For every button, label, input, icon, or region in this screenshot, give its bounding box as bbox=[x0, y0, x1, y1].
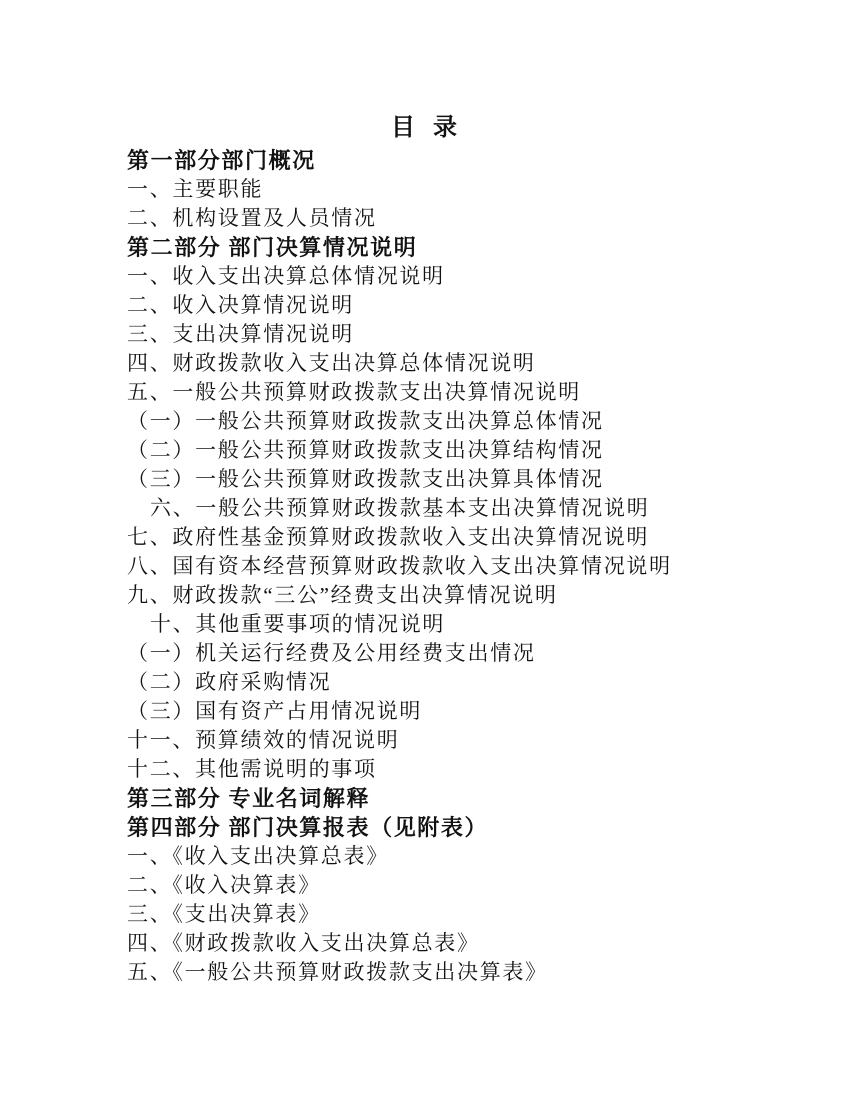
toc-section-heading: 第一部分部门概况 bbox=[127, 146, 790, 175]
toc-entry: 五、《一般公共预算财政拨款支出决算表》 bbox=[127, 958, 790, 987]
table-of-contents: 第一部分部门概况 一、主要职能 二、机构设置及人员情况 第二部分 部门决算情况说… bbox=[0, 146, 850, 987]
toc-entry: 一、收入支出决算总体情况说明 bbox=[127, 262, 790, 291]
toc-entry: 四、《财政拨款收入支出决算总表》 bbox=[127, 929, 790, 958]
toc-entry: 十一、预算绩效的情况说明 bbox=[127, 726, 790, 755]
toc-entry: 一、《收入支出决算总表》 bbox=[127, 842, 790, 871]
toc-entry: （三）国有资产占用情况说明 bbox=[127, 697, 790, 726]
toc-entry: 八、国有资本经营预算财政拨款收入支出决算情况说明 bbox=[127, 552, 790, 581]
toc-entry: 三、《支出决算表》 bbox=[127, 900, 790, 929]
toc-section-heading: 第三部分 专业名词解释 bbox=[127, 784, 790, 813]
toc-entry: 二、机构设置及人员情况 bbox=[127, 204, 790, 233]
toc-entry: （二）一般公共预算财政拨款支出决算结构情况 bbox=[127, 436, 790, 465]
toc-entry: （一）一般公共预算财政拨款支出决算总体情况 bbox=[127, 407, 790, 436]
toc-entry: 九、财政拨款“三公”经费支出决算情况说明 bbox=[127, 581, 790, 610]
toc-section-heading: 第四部分 部门决算报表（见附表） bbox=[127, 813, 790, 842]
toc-entry: 六、一般公共预算财政拨款基本支出决算情况说明 bbox=[127, 494, 790, 523]
toc-section-heading: 第二部分 部门决算情况说明 bbox=[127, 233, 790, 262]
toc-entry: 二、收入决算情况说明 bbox=[127, 291, 790, 320]
toc-entry: 三、支出决算情况说明 bbox=[127, 320, 790, 349]
toc-entry: 二、《收入决算表》 bbox=[127, 871, 790, 900]
toc-entry: （三）一般公共预算财政拨款支出决算具体情况 bbox=[127, 465, 790, 494]
toc-entry: （一）机关运行经费及公用经费支出情况 bbox=[127, 639, 790, 668]
toc-entry: 五、一般公共预算财政拨款支出决算情况说明 bbox=[127, 378, 790, 407]
toc-entry: 十二、其他需说明的事项 bbox=[127, 755, 790, 784]
document-page: 目 录 第一部分部门概况 一、主要职能 二、机构设置及人员情况 第二部分 部门决… bbox=[0, 0, 850, 1100]
toc-entry: 七、政府性基金预算财政拨款收入支出决算情况说明 bbox=[127, 523, 790, 552]
toc-entry: 四、财政拨款收入支出决算总体情况说明 bbox=[127, 349, 790, 378]
document-title: 目 录 bbox=[0, 112, 850, 145]
toc-entry: 一、主要职能 bbox=[127, 175, 790, 204]
toc-entry: 十、其他重要事项的情况说明 bbox=[127, 610, 790, 639]
toc-entry: （二）政府采购情况 bbox=[127, 668, 790, 697]
